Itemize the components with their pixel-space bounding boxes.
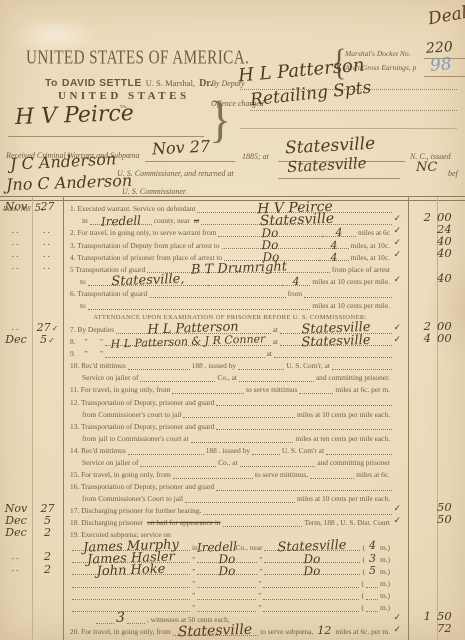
case-plaintiff: UNITED STATES: [58, 90, 190, 102]
handwritten-value: 3: [114, 613, 127, 624]
printed-text: to: [78, 302, 88, 310]
fee-line-body: 16. Transportation of Deputy, prisoner a…: [63, 483, 402, 492]
date-month-cell: Dec: [0, 335, 32, 347]
fee-line-body: 8.””H L Patterson & J R ConneratStatesvi…: [63, 338, 402, 347]
date-month-cell: ..: [0, 239, 32, 250]
checkmark-icon: ✓: [393, 215, 401, 224]
handwritten-value: Do: [219, 567, 236, 577]
printed-text: on bail for appearance in: [145, 519, 222, 527]
date-day: 2: [44, 528, 51, 538]
addressee-line: To DAVID SETTLE U. S. Marshal, Dr.: [45, 73, 212, 91]
printed-text: 3. Transportation of Deputy from place o…: [68, 242, 222, 250]
table-row: 13. Transportation of Deputy, prisoner a…: [0, 419, 465, 431]
printed-text: ”: [256, 604, 263, 612]
amount-cents-cell: 00: [433, 329, 465, 347]
printed-text: miles, at 10c.: [349, 242, 392, 250]
date-day-cell: 27: [32, 202, 63, 214]
printed-text: at: [271, 326, 280, 334]
fee-line-body: 5 Transportation of guardB T Drumrightfr…: [63, 265, 402, 274]
amount-cents-cell: 50: [433, 510, 465, 528]
printed-text: 14. Rec'd mittimus: [68, 447, 128, 455]
printed-text: 188 . issued by: [204, 447, 252, 455]
handwritten-value: 4: [293, 278, 300, 287]
date-day: 27: [41, 504, 55, 514]
printed-text: 1. Executed warrant. Service on defendan…: [68, 205, 197, 213]
checkmark-icon: ✓: [393, 517, 401, 526]
document-title: UNITED STATES OF AMERICA.: [26, 46, 249, 70]
printed-text: ”: [190, 580, 197, 588]
marshal-name: DAVID SETTLE: [62, 77, 142, 89]
dotted-leader: [239, 374, 314, 382]
date-day: 27: [41, 202, 55, 212]
fee-line-body: toStatesville,4miles at 10 cents per mil…: [63, 278, 402, 287]
amount-cents-cell: 72: [433, 619, 465, 637]
dotted-leader: [366, 604, 378, 612]
dotted-leader: 4: [322, 229, 356, 237]
dotted-leader: [185, 495, 295, 503]
printed-text: in: [80, 217, 90, 225]
printed-text: Co., near: [234, 544, 265, 552]
fee-bill-document: Deal UNITED STATES OF AMERICA. To DAVID …: [0, 0, 465, 640]
table-row: ””(m.): [0, 576, 465, 588]
dotted-leader: Do: [218, 229, 321, 237]
handwritten-value: Iredell: [101, 216, 141, 227]
fee-line-body: 20. For travel, in going only, fromState…: [63, 627, 402, 637]
fee-line-body: 3. Transportation of Deputy from place o…: [63, 241, 402, 250]
date-month-cell: ..: [0, 263, 32, 274]
fee-line-body: 10. Rec'd mittimus188 , issued byU. S. C…: [63, 362, 402, 371]
table-top-rule: [0, 196, 465, 201]
printed-text: from jail to Commissioner's court at: [80, 435, 191, 443]
amount-dollars: 1: [424, 611, 431, 621]
printed-text: at: [271, 338, 280, 346]
printed-text: at: [192, 217, 201, 225]
dotted-leader: Do: [197, 555, 257, 563]
dotted-leader: [366, 592, 378, 600]
date-day-cell: ..: [32, 251, 63, 262]
printed-text: from Commissioner's court to jail: [80, 411, 183, 419]
amount-cents: 00: [437, 333, 452, 343]
printed-text: ”: [190, 556, 197, 564]
checkmark-icon: ✓: [393, 251, 401, 260]
dotted-leader: Iredell: [200, 543, 234, 551]
printed-text: m.): [378, 604, 392, 612]
dotted-leader: [299, 386, 333, 394]
returned-place: Statesville: [287, 154, 367, 176]
printed-text: miles at 10 cents per mile each.: [295, 495, 392, 503]
date-month: ..: [11, 324, 20, 331]
amount-cents: 40: [437, 248, 452, 258]
dotted-leader: [216, 422, 392, 430]
received-date: Nov 27: [152, 136, 211, 158]
date-day: ..: [43, 251, 52, 258]
table-row: 16. Transportation of Deputy, prisoner a…: [0, 480, 465, 492]
date-month-cell: ..: [0, 227, 32, 238]
dotted-leader: [128, 362, 190, 370]
printed-text: 16. Transportation of Deputy, prisoner a…: [68, 483, 216, 491]
amount-dollars-cell: 4: [402, 329, 433, 347]
handwritten-value: 12: [315, 627, 333, 636]
date-day-cell: 27✓: [32, 323, 63, 335]
date-day: 2: [44, 565, 51, 575]
table-row: from Commissioner's court to jailmiles a…: [0, 407, 465, 419]
printed-text: 15. For travel, in going only, from: [68, 471, 173, 479]
printed-text: miles at 6c. per m.: [333, 628, 392, 636]
checkmark-icon: ✓: [52, 325, 59, 333]
handwritten-value: B T Drumright: [190, 262, 286, 276]
date-month: Dec: [5, 335, 27, 345]
table-row: ..2James Hasler”Do”Do(3m.): [0, 552, 465, 564]
date-day: ..: [43, 263, 52, 270]
printed-text: at: [265, 350, 274, 358]
dotted-leader: H L Patterson & J R Conner: [105, 338, 271, 346]
amount-dollars: 4: [424, 333, 431, 343]
printed-text: 2. For travel, in going only, to serve w…: [68, 229, 218, 237]
returned-state: NC: [416, 160, 437, 175]
dotted-leader: Statesville: [201, 217, 392, 225]
dotted-leader: Do: [264, 555, 360, 563]
printed-text: miles at ten cents per mile each.: [293, 435, 392, 443]
dotted-leader: [72, 580, 190, 588]
table-row: ””(m.): [0, 589, 465, 601]
fee-line-body: 12. Transportation of Deputy, prisoner a…: [63, 398, 402, 407]
table-row: ....5 Transportation of guardB T Drumrig…: [0, 262, 465, 274]
date-day: ..: [43, 227, 52, 234]
table-row: James MurphyinIredellCo., nearStatesvill…: [0, 540, 465, 552]
handwritten-value: Statesville,: [111, 275, 184, 288]
date-month-cell: Nov: [0, 202, 32, 214]
rule-line: [250, 110, 457, 111]
table-row: 9.””at: [0, 347, 465, 359]
fee-line-body: 2. For travel, in going only, to serve w…: [63, 229, 402, 238]
fee-line-body: Service on jailer ofCo., atand committin…: [63, 459, 402, 468]
table-row: from jail to Commissioner's court atmile…: [0, 431, 465, 443]
date-month: ..: [11, 227, 20, 234]
handwritten-value: 4: [367, 542, 378, 551]
date-month-cell: ..: [0, 251, 32, 262]
fee-line-body: ””(m.): [63, 580, 402, 589]
received-year-at: 1885; at: [242, 152, 269, 161]
date-month: ..: [11, 263, 20, 270]
date-day-cell: ..: [32, 239, 63, 250]
fee-line-body: tomiles at 10 cents per mile.: [63, 302, 402, 311]
dotted-leader: [326, 447, 392, 455]
table-row: ””(m.): [0, 601, 465, 613]
dotted-leader: Statesville: [280, 326, 392, 334]
table-row: ....2. For travel, in going only, to ser…: [0, 226, 465, 238]
dotted-leader: [240, 459, 316, 467]
rule-line: [8, 136, 204, 137]
printed-text: 20. For travel, in going only, from: [68, 628, 173, 636]
printed-text: m.): [378, 580, 392, 588]
printed-text: 18. Discharging prisoner: [68, 519, 145, 527]
fee-line-body: from jail to Commissioner's court atmile…: [63, 435, 402, 444]
table-row: tomiles at 10 cents per mile.: [0, 299, 465, 311]
printed-text: ”: [98, 338, 105, 346]
printed-text: to serve subpœna,: [258, 628, 315, 636]
printed-text: U. S. Com'r, at: [284, 362, 332, 370]
amount-dollars: 2: [424, 212, 431, 222]
date-day-cell: 5✓: [32, 335, 63, 347]
checkmark-icon: ✓: [393, 276, 401, 285]
date-day: 5: [44, 516, 51, 526]
amount-cents: 72: [437, 623, 452, 633]
printed-text: miles at 10 cents per mile.: [310, 278, 392, 286]
date-day-cell: 2: [32, 528, 63, 540]
printed-text: Co., at: [216, 459, 240, 467]
commissioner-name-2: Jno C Anderson: [6, 171, 133, 194]
dotted-leader: [127, 616, 145, 624]
printed-text: 7. By Deputies: [68, 326, 116, 334]
dotted-leader: [208, 278, 283, 286]
dotted-leader: [238, 362, 284, 370]
printed-text: to serve mittimus,: [253, 471, 310, 479]
printed-text: Term, 188 , U. S. Dist. Court: [302, 519, 392, 527]
printed-text: miles, at 10c.: [349, 254, 392, 262]
printed-text: miles at 10 cents per mile.: [310, 302, 392, 310]
date-day: 27: [37, 323, 51, 333]
table-row: Service on jailer ofCo., atand committin…: [0, 371, 465, 383]
table-row: 6. Transportation of guardfrom: [0, 287, 465, 299]
dotted-leader: Iredell: [90, 217, 152, 225]
dotted-leader: [252, 447, 280, 455]
brace-right: }: [209, 90, 231, 148]
printed-text: ”: [256, 592, 263, 600]
date-month: Dec: [5, 516, 27, 526]
dotted-leader: [332, 362, 392, 370]
dotted-leader: Statesville: [264, 543, 360, 551]
table-row: Nov2717. Discharging prisoner for furthe…: [0, 504, 465, 516]
fee-line-body: 1. Executed warrant. Service on defendan…: [63, 205, 402, 214]
fee-line-body: ””(m.): [63, 604, 402, 613]
printed-text: 4. Transportation of prisoner from place…: [68, 254, 224, 262]
printed-text: Service on jailer of: [80, 374, 140, 382]
table-row: Service on jailer ofCo., atand committin…: [0, 456, 465, 468]
date-month-cell: Dec: [0, 528, 32, 540]
printed-text: miles at 10 cents per mile each.: [295, 411, 392, 419]
checkmark-icon: ✓: [48, 337, 55, 345]
printed-text: miles at 6c: [356, 229, 392, 237]
checkmark-icon: ✓: [393, 626, 401, 635]
handwritten-value: 4: [335, 229, 342, 238]
checkmark-icon: ✓: [393, 505, 401, 514]
fee-line-body: from Commissioner's Court to jailmiles a…: [63, 495, 402, 504]
fee-line-body: 6. Transportation of guardfrom: [63, 290, 402, 299]
date-month: ..: [11, 239, 20, 246]
printed-text: to serve mittimus: [244, 386, 299, 394]
table-row: from Commissioner's Court to jailmiles a…: [0, 492, 465, 504]
printed-text: miles at 6c. per m.: [333, 386, 392, 394]
marshal-title: U. S. Marshal,: [146, 78, 195, 88]
dotted-leader: [140, 459, 216, 467]
printed-text: 188 , issued by: [190, 362, 238, 370]
printed-text: ”: [256, 580, 263, 588]
fee-line-body: 13. Transportation of Deputy, prisoner a…: [63, 422, 402, 431]
checkmark-icon: ✓: [393, 227, 401, 236]
handwritten-value: 4: [330, 253, 337, 262]
dotted-leader: 4: [319, 253, 349, 261]
printed-text: 6. Transportation of guard: [68, 290, 149, 298]
table-row: 11. For travel, in going only, fromto se…: [0, 383, 465, 395]
fee-line-body: ””(m.): [63, 592, 402, 601]
printed-text: m.): [378, 568, 392, 576]
amount-dollars-cell: 1: [402, 607, 433, 625]
checkmark-icon: ✓: [393, 614, 401, 623]
dotted-leader: 4: [319, 241, 349, 249]
commissioner-name-1: J C Anderson: [10, 149, 117, 174]
dotted-leader: Statesville,: [88, 278, 208, 286]
printed-text: U. S. Com'r at: [280, 447, 326, 455]
fee-table-body: Nov271. Executed warrant. Service on def…: [0, 202, 465, 637]
printed-text: ”: [190, 568, 197, 576]
printed-text: from place of arrest: [330, 266, 392, 274]
dotted-leader: [128, 447, 204, 455]
dotted-leader: [183, 410, 295, 418]
table-row: 15. For travel, in going only, fromto se…: [0, 468, 465, 480]
amount-cents-cell: 40: [433, 269, 465, 287]
dotted-leader: [140, 374, 215, 382]
dotted-leader: [72, 604, 190, 612]
dotted-leader: John Hoke: [72, 567, 190, 575]
corner-annotation: Deal: [427, 3, 465, 30]
printed-text: and committing prisoner: [315, 459, 392, 467]
dotted-leader: Do: [197, 567, 257, 575]
date-month-cell: ..: [0, 565, 32, 576]
table-row: Dec518. Discharging prisoneron bail for …: [0, 516, 465, 528]
printed-text: m.): [378, 592, 392, 600]
handwritten-value: 3: [367, 555, 378, 564]
date-month: ..: [11, 565, 20, 572]
table-row: Nov271. Executed warrant. Service on def…: [0, 202, 465, 214]
earnings-value: 98: [429, 54, 452, 76]
dotted-leader: [72, 592, 190, 600]
printed-text: 11. For travel, in going only, from: [68, 386, 172, 394]
date-day: ..: [43, 239, 52, 246]
table-row: ....3. Transportation of Deputy from pla…: [0, 238, 465, 250]
commissioner-label: U. S. Commissioner.: [122, 187, 187, 196]
printed-text: 12. Transportation of Deputy, prisoner a…: [68, 399, 216, 407]
checkmark-icon: ✓: [393, 336, 401, 345]
date-day-cell: 2: [32, 565, 63, 577]
table-row: inIredellcounty, nearatStatesville✓200: [0, 214, 465, 226]
printed-text: ”: [257, 556, 264, 564]
dotted-leader: [223, 519, 303, 527]
rule-line: [240, 128, 457, 129]
date-month: ..: [11, 553, 20, 560]
printed-text: ”: [83, 338, 90, 346]
dotted-leader: [203, 507, 392, 515]
rule-line: [424, 76, 465, 77]
dotted-leader: [105, 350, 265, 358]
returned-label: U. S. Commissioner, and returned at: [117, 169, 234, 178]
table-row: toStatesville,4miles at 10 cents per mil…: [0, 274, 465, 286]
date-day-cell: ..: [32, 263, 63, 274]
fee-line-body: 15. For travel, in going only, fromto se…: [63, 471, 402, 480]
dotted-leader: [197, 580, 256, 588]
dotted-leader: 4: [282, 278, 310, 286]
dotted-leader: [173, 471, 253, 479]
dotted-leader: [149, 290, 285, 298]
table-row: 12. Transportation of Deputy, prisoner a…: [0, 395, 465, 407]
printed-text: from: [286, 290, 304, 298]
handwritten-value: 5: [367, 567, 378, 576]
printed-text: from Commissioner's Court to jail: [80, 495, 185, 503]
dotted-leader: [197, 592, 256, 600]
dotted-leader: [366, 580, 378, 588]
printed-text: ”: [257, 568, 264, 576]
amount-cents: 50: [437, 514, 452, 524]
printed-text: miles at 6c.: [354, 471, 392, 479]
fee-line-body: 14. Rec'd mittimus188 . issued byU. S. C…: [63, 447, 402, 456]
dotted-leader: [274, 350, 392, 358]
handwritten-value: Statesville: [301, 335, 370, 348]
dotted-leader: [96, 616, 114, 624]
printed-text: 17. Discharging prisoner for further hea…: [68, 507, 203, 515]
handwritten-value: 4: [330, 241, 337, 250]
printed-text: m.): [378, 556, 392, 564]
table-row: ..2John Hoke”Do”Do(5m.): [0, 564, 465, 576]
fee-line-body: 9.””at: [63, 350, 402, 359]
dotted-leader: Do: [222, 241, 319, 249]
dotted-leader: [263, 604, 359, 612]
date-day-cell: ..: [32, 227, 63, 238]
printed-text: ”: [98, 350, 105, 358]
amount-dollars-cell: 2: [402, 208, 433, 226]
date-month: Dec: [5, 528, 27, 538]
table-row: 20. For travel, in going only, fromState…: [0, 625, 465, 637]
fee-line-body: 11. For travel, in going only, fromto se…: [63, 386, 402, 395]
handwritten-value: Do: [304, 567, 321, 577]
dotted-leader: [88, 302, 311, 310]
case-defendant: H V Peirce: [15, 101, 135, 130]
dotted-leader: [310, 471, 354, 479]
table-row: 14. Rec'd mittimus188 . issued byU. S. C…: [0, 444, 465, 456]
fee-line-body: from Commissioner's court to jailmiles a…: [63, 410, 402, 419]
printed-text: 9.: [68, 350, 78, 358]
printed-text: to: [78, 278, 88, 286]
rule-line: [278, 178, 400, 179]
fee-line-body: 18. Discharging prisoneron bail for appe…: [63, 519, 402, 528]
printed-text: Co., at: [215, 374, 239, 382]
printed-text: m.): [378, 544, 392, 552]
table-row: Dec5✓8.””H L Patterson & J R ConneratSta…: [0, 335, 465, 347]
handwritten-value: Statesville: [178, 624, 253, 638]
dotted-leader: [304, 290, 392, 298]
addressee-prefix: To: [45, 77, 58, 89]
rule-line: [145, 161, 235, 162]
dotted-leader: [263, 580, 359, 588]
printed-text: county, near: [152, 217, 192, 225]
printed-text: 8.: [68, 338, 78, 346]
date-month: Nov: [5, 504, 27, 514]
dotted-leader: [191, 435, 294, 443]
printed-text: ”: [190, 592, 197, 600]
date-day: 5: [40, 335, 47, 345]
printed-text: 13. Transportation of Deputy, prisoner a…: [68, 423, 216, 431]
date-day: 2: [44, 552, 51, 562]
dotted-leader: Statesville: [173, 628, 259, 636]
date-month: ..: [11, 251, 20, 258]
printed-text: 5 Transportation of guard: [68, 266, 147, 274]
dotted-leader: Statesville: [280, 338, 392, 346]
fee-line-body: inIredellcounty, nearatStatesville✓: [63, 217, 402, 226]
dotted-leader: [263, 592, 359, 600]
fee-line-body: John Hoke”Do”Do(5m.): [63, 567, 402, 577]
dotted-leader: Do: [264, 567, 360, 575]
table-row: 10. Rec'd mittimus188 , issued byU. S. C…: [0, 359, 465, 371]
checkmark-icon: ✓: [393, 324, 401, 333]
handwritten-value: John Hoke: [97, 565, 166, 578]
